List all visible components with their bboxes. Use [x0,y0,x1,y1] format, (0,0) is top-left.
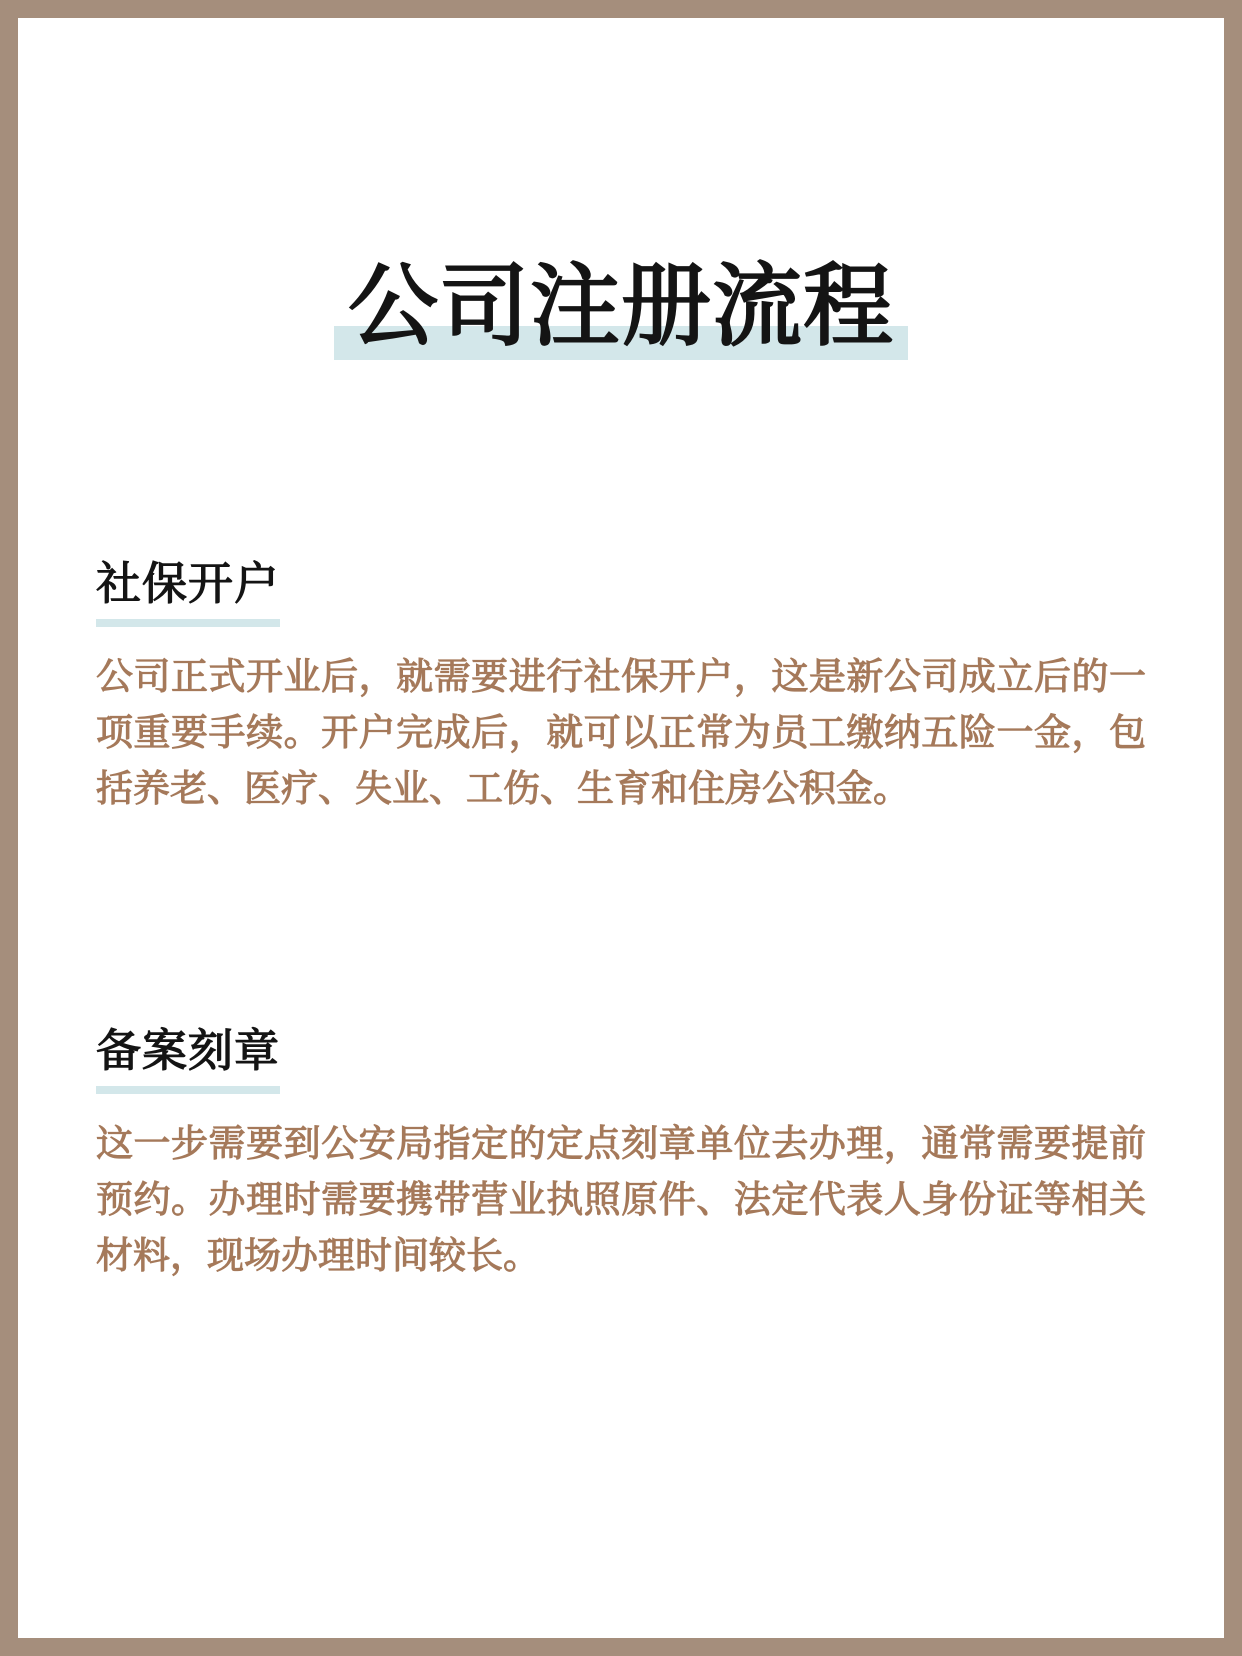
section-social-insurance: 社保开户 公司正式开业后，就需要进行社保开户，这是新公司成立后的一项重要手续。开… [96,360,1146,817]
section-heading-social-insurance: 社保开户 [96,558,280,627]
section-body-social-insurance: 公司正式开业后，就需要进行社保开户，这是新公司成立后的一项重要手续。开户完成后，… [96,649,1146,817]
section-heading-seal-filing: 备案刻章 [96,1025,280,1094]
page-title-text: 公司注册流程 [334,263,908,360]
section-seal-filing: 备案刻章 这一步需要到公安局指定的定点刻章单位去办理，通常需要提前预约。办理时需… [96,817,1146,1284]
section-body-seal-filing: 这一步需要到公安局指定的定点刻章单位去办理，通常需要提前预约。办理时需要携带营业… [96,1116,1146,1284]
page-title: 公司注册流程 [96,263,1146,360]
poster-page: 公司注册流程 社保开户 公司正式开业后，就需要进行社保开户，这是新公司成立后的一… [18,18,1224,1638]
